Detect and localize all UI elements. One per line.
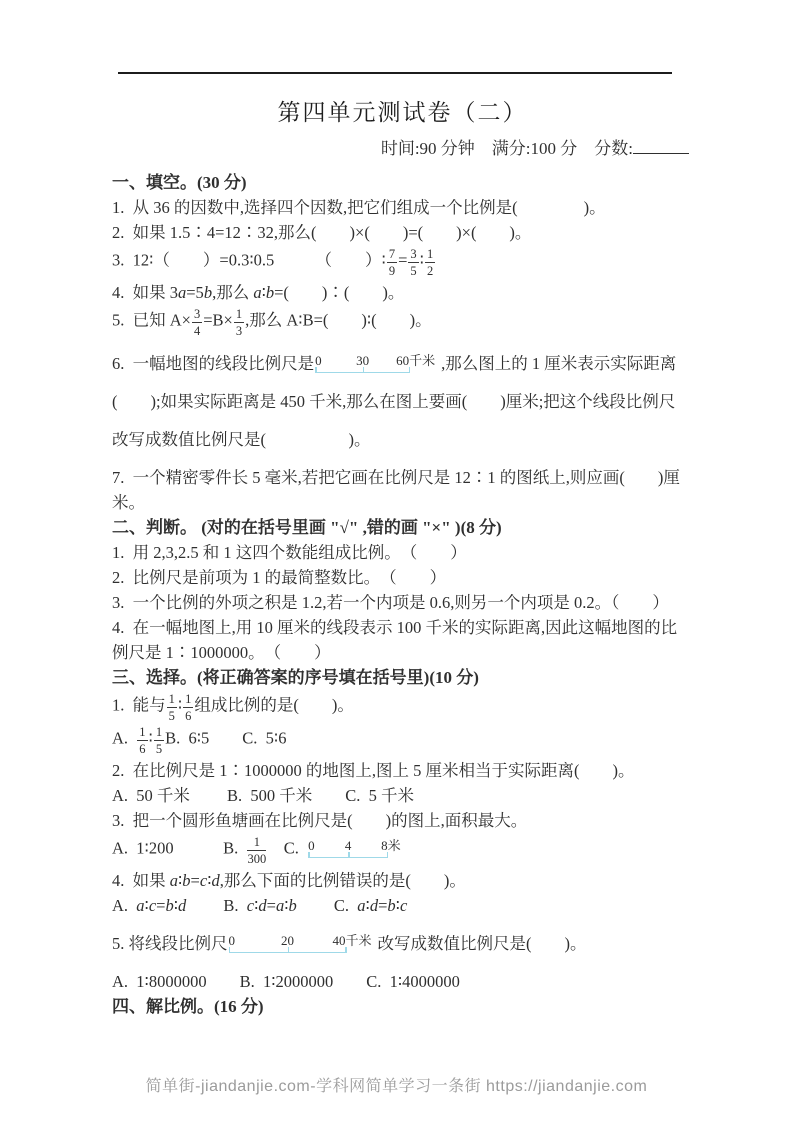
math-variable: a bbox=[170, 871, 178, 890]
section1-header: 一、填空。(30 分) bbox=[112, 171, 693, 194]
line-scale-bar: 02040千米 bbox=[229, 933, 377, 955]
s1-q6-line3: 改写成数值比例尺是( )。 bbox=[112, 428, 693, 451]
fraction: 15 bbox=[154, 726, 164, 755]
footer-watermark: 简单街-jiandanjie.com-学科网简单学习一条街 https://ji… bbox=[0, 1073, 793, 1096]
score-blank bbox=[633, 139, 689, 154]
s1-q5: 5. 已知 A×34=B×13,那么 A∶B=( )∶( )。 bbox=[112, 308, 693, 337]
s2-q2: 2. 比例尺是前项为 1 的最简整数比。 （ ） bbox=[112, 566, 693, 589]
s2-q3: 3. 一个比例的外项之积是 1.2,若一个内项是 0.6,则另一个内项是 0.2… bbox=[112, 591, 693, 614]
s1-q4: 4. 如果 3a=5b,那么 a∶b=( )∶( )。 bbox=[112, 281, 693, 304]
math-variable: a bbox=[357, 896, 365, 915]
header-rule bbox=[118, 72, 672, 74]
exam-meta-text: 时间:90 分钟 满分:100 分 分数: bbox=[381, 139, 633, 158]
math-variable: d bbox=[370, 896, 378, 915]
math-variable: c bbox=[149, 896, 156, 915]
s3-q2: 2. 在比例尺是 1∶1000000 的地图上,图上 5 厘米相当于实际距离( … bbox=[112, 759, 693, 782]
s3-q4-options: A. a∶c=b∶d B. c∶d=a∶b C. a∶d=b∶c bbox=[112, 894, 693, 917]
fraction: 79 bbox=[387, 248, 397, 277]
math-variable: a bbox=[276, 896, 284, 915]
fraction: 13 bbox=[234, 308, 244, 337]
s3-q1: 1. 能与15∶16组成比例的是( )。 bbox=[112, 693, 693, 722]
math-variable: d bbox=[258, 896, 266, 915]
s2-q4-line2: 例尺是 1∶1000000。 （ ） bbox=[112, 641, 693, 664]
math-variable: b bbox=[182, 871, 190, 890]
math-variable: b bbox=[289, 896, 297, 915]
section2-header: 二、判断。 (对的在括号里画 "√" ,错的画 "×" )(8 分) bbox=[112, 516, 693, 539]
fraction: 12 bbox=[425, 248, 435, 277]
s1-q6-line2: ( );如果实际距离是 450 千米,那么在图上要画( )厘米;把这个线段比例尺 bbox=[112, 390, 693, 413]
math-variable: c bbox=[247, 896, 254, 915]
fraction: 35 bbox=[408, 248, 418, 277]
math-variable: a bbox=[136, 896, 144, 915]
page: 第四单元测试卷（二） 时间:90 分钟 满分:100 分 分数: 一、填空。(3… bbox=[0, 0, 793, 1122]
s2-q4-line1: 4. 在一幅地图上,用 10 厘米的线段表示 100 千米的实际距离,因此这幅地… bbox=[112, 616, 693, 639]
s3-q5-options: A. 1∶8000000 B. 1∶2000000 C. 1∶4000000 bbox=[112, 970, 693, 993]
s2-q1: 1. 用 2,3,2.5 和 1 这四个数能组成比例。 （ ） bbox=[112, 541, 693, 564]
math-variable: b bbox=[165, 896, 173, 915]
math-variable: c bbox=[400, 896, 407, 915]
fraction: 16 bbox=[137, 726, 147, 755]
line-scale-bar: 048米 bbox=[308, 838, 403, 860]
math-variable: a bbox=[178, 283, 186, 302]
s1-q3: 3. 12∶（ ）=0.3∶0.5 （ ）∶79=35∶12 bbox=[112, 248, 693, 277]
fraction: 16 bbox=[183, 693, 193, 722]
s3-q2-options: A. 50 千米 B. 500 千米 C. 5 千米 bbox=[112, 784, 693, 807]
exam-title: 第四单元测试卷（二） bbox=[112, 94, 693, 127]
fraction: 15 bbox=[167, 693, 177, 722]
s3-q3: 3. 把一个圆形鱼塘画在比例尺是( )的图上,面积最大。 bbox=[112, 809, 693, 832]
section4-header: 四、解比例。(16 分) bbox=[112, 995, 693, 1018]
fraction: 1300 bbox=[247, 836, 266, 865]
line-scale-bar: 03060千米 bbox=[315, 353, 440, 375]
math-variable: a bbox=[253, 283, 261, 302]
math-variable: b bbox=[387, 896, 395, 915]
s1-q7-line2: 米。 bbox=[112, 491, 693, 514]
exam-meta: 时间:90 分钟 满分:100 分 分数: bbox=[112, 134, 693, 159]
s1-q2: 2. 如果 1.5∶4=12∶32,那么( )×( )=( )×( )。 bbox=[112, 221, 693, 244]
s3-q1-options: A. 16∶15B. 6∶5 C. 5∶6 bbox=[112, 726, 693, 755]
document-lines: 一、填空。(30 分)1. 从 36 的因数中,选择四个因数,把它们组成一个比例… bbox=[112, 171, 693, 1018]
math-variable: b bbox=[266, 283, 274, 302]
math-variable: b bbox=[204, 283, 212, 302]
fraction: 34 bbox=[192, 308, 202, 337]
s3-q4: 4. 如果 a∶b=c∶d,那么下面的比例错误的是( )。 bbox=[112, 869, 693, 892]
s1-q1: 1. 从 36 的因数中,选择四个因数,把它们组成一个比例是( )。 bbox=[112, 196, 693, 219]
s1-q7-line1: 7. 一个精密零件长 5 毫米,若把它画在比例尺是 12∶1 的图纸上,则应画(… bbox=[112, 466, 693, 489]
section3-header: 三、选择。(将正确答案的序号填在括号里)(10 分) bbox=[112, 666, 693, 689]
math-variable: d bbox=[178, 896, 186, 915]
s3-q5: 5. 将线段比例尺02040千米改写成数值比例尺是( )。 bbox=[112, 932, 693, 955]
math-variable: c bbox=[200, 871, 207, 890]
s3-q3-options: A. 1∶200 B. 1300 C. 048米 bbox=[112, 836, 693, 865]
math-variable: d bbox=[211, 871, 219, 890]
s1-q6-line1: 6. 一幅地图的线段比例尺是03060千米,那么图上的 1 厘米表示实际距离 bbox=[112, 352, 693, 375]
